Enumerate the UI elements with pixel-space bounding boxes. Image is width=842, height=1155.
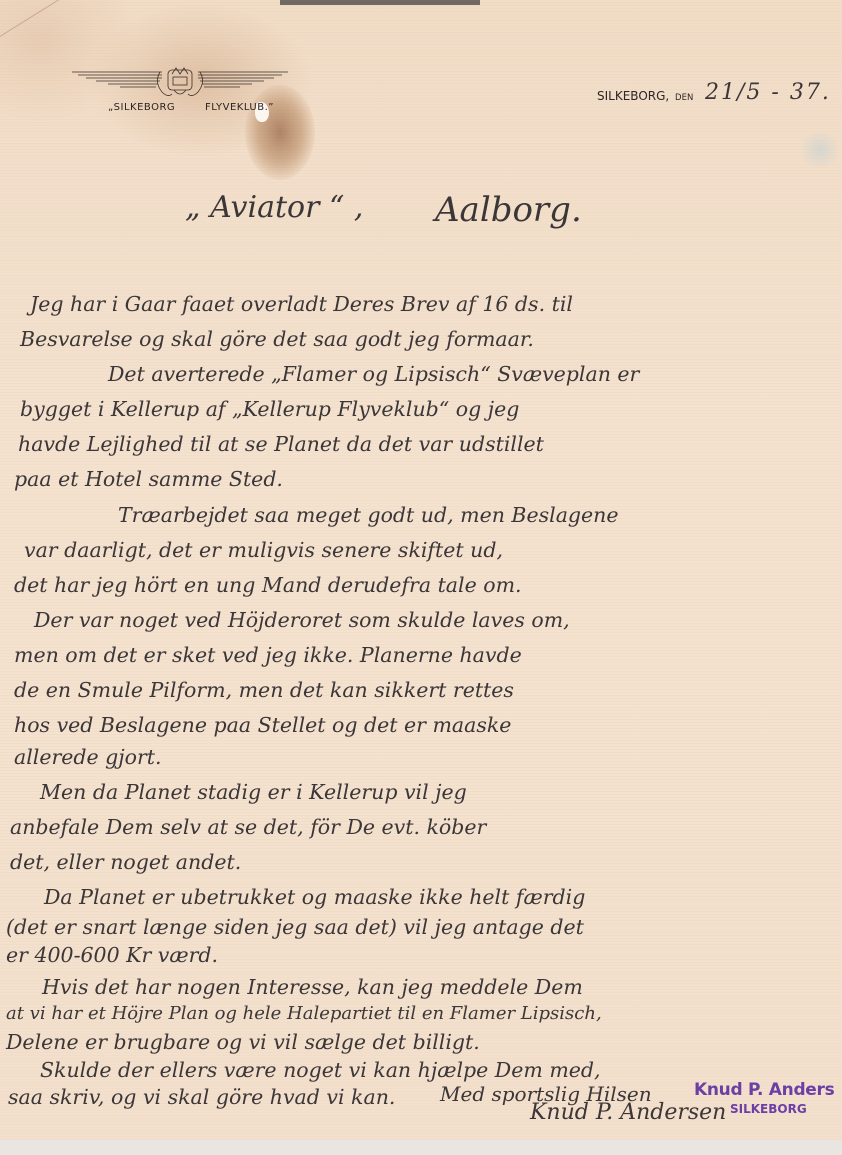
body-line: Hvis det har nogen Interesse, kan jeg me… bbox=[42, 975, 583, 999]
body-line: bygget i Kellerup af „Kellerup Flyveklub… bbox=[20, 397, 519, 421]
body-line: Det averterede „Flamer og Lipsisch“ Svæv… bbox=[108, 362, 639, 386]
body-line: allerede gjort. bbox=[14, 745, 162, 769]
body-line: var daarligt, det er muligvis senere ski… bbox=[24, 538, 503, 562]
body-line: paa et Hotel samme Sted. bbox=[14, 467, 283, 491]
body-line: er 400-600 Kr værd. bbox=[6, 943, 218, 967]
body-line: Besvarelse og skal göre det saa godt jeg… bbox=[20, 327, 534, 351]
body-line: anbefale Dem selv at se det, för De evt.… bbox=[10, 815, 486, 839]
den-label: DEN bbox=[675, 93, 693, 103]
body-line: Der var noget ved Höjderoret som skulde … bbox=[34, 608, 570, 632]
body-line: Da Planet er ubetrukket og maaske ikke h… bbox=[44, 885, 585, 909]
burn-mark bbox=[245, 85, 315, 180]
addressee-name-text: Aviator bbox=[210, 190, 319, 225]
body-line: saa skriv, og vi skal göre hvad vi kan. bbox=[8, 1085, 395, 1109]
ink-stamp: Knud P. Anders SILKEBORG bbox=[694, 1080, 834, 1116]
paper-stain bbox=[800, 130, 840, 170]
club-name-right: FLYVEKLUB.” bbox=[205, 102, 274, 113]
body-line: Delene er brugbare og vi vil sælge det b… bbox=[6, 1030, 480, 1054]
addressee-name: „ Aviator “ , bbox=[185, 190, 363, 225]
body-line: at vi har et Höjre Plan og hele Halepart… bbox=[6, 1003, 602, 1024]
scan-edge-shadow bbox=[280, 0, 480, 5]
body-line: Men da Planet stadig er i Kellerup vil j… bbox=[40, 780, 467, 804]
body-line: hos ved Beslagene paa Stellet og det er … bbox=[14, 713, 511, 737]
club-name-left: „SILKEBORG bbox=[108, 102, 175, 113]
body-line: Jeg har i Gaar faaet overladt Deres Brev… bbox=[30, 292, 573, 316]
body-line: men om det er sket ved jeg ikke. Planern… bbox=[14, 643, 522, 667]
body-line: (det er snart længe siden jeg saa det) v… bbox=[6, 915, 584, 939]
letterhead-dateline: SILKEBORG, DEN bbox=[597, 89, 693, 103]
stamp-city: SILKEBORG bbox=[730, 1102, 834, 1116]
handwritten-date: 21/5 - 37. bbox=[705, 80, 831, 105]
body-line: det har jeg hört en ung Mand derudefra t… bbox=[14, 573, 522, 597]
body-line: Træarbejdet saa meget godt ud, men Besla… bbox=[118, 503, 619, 527]
location-label: SILKEBORG, bbox=[597, 89, 669, 103]
letter-page: „SILKEBORG FLYVEKLUB.” SILKEBORG, DEN 21… bbox=[0, 0, 842, 1140]
open-quote: „ bbox=[185, 190, 201, 225]
body-line: Skulde der ellers være noget vi kan hjæl… bbox=[40, 1058, 601, 1082]
body-line: det, eller noget andet. bbox=[10, 850, 241, 874]
body-line: de en Smule Pilform, men det kan sikkert… bbox=[14, 678, 514, 702]
close-quote: “ , bbox=[329, 190, 363, 225]
scan-background bbox=[0, 1140, 842, 1155]
body-line: havde Lejlighed til at se Planet da det … bbox=[18, 432, 544, 456]
paper-fold bbox=[0, 0, 77, 37]
stamp-name: Knud P. Anders bbox=[694, 1080, 834, 1100]
addressee-city: Aalborg. bbox=[435, 190, 582, 230]
